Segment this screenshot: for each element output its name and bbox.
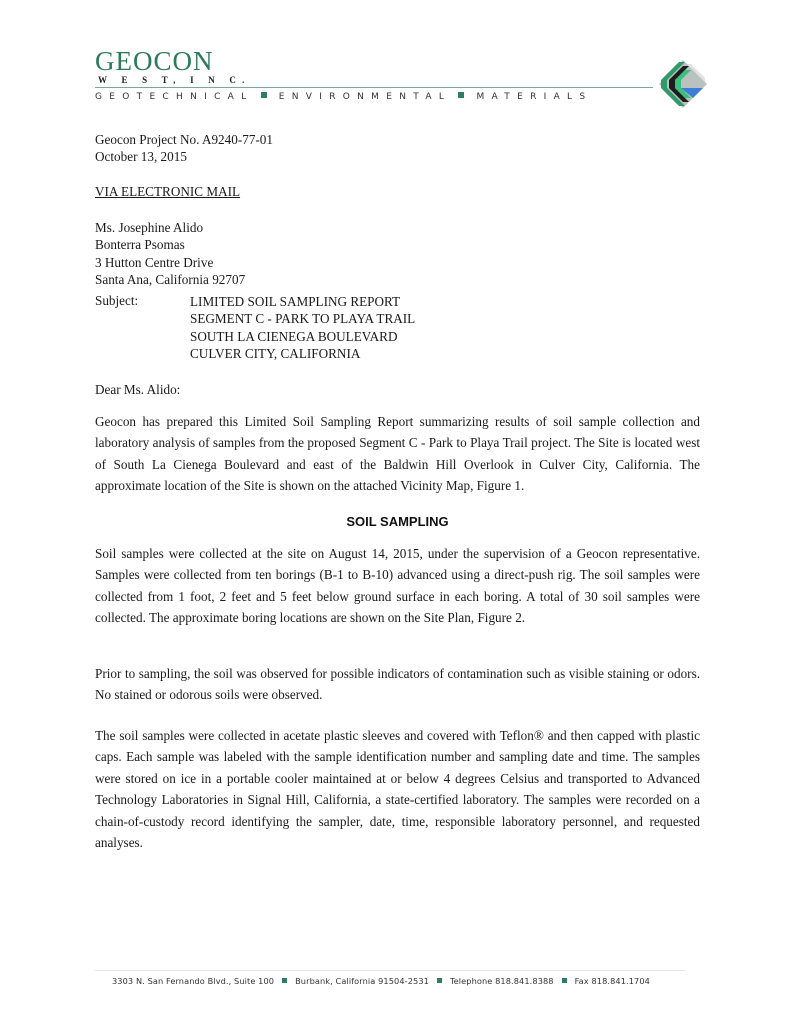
subject-line: CULVER CITY, CALIFORNIA: [190, 345, 415, 362]
letterhead-rule: [95, 87, 653, 88]
footer-separator-icon: [437, 978, 442, 983]
letter-date: October 13, 2015: [95, 148, 273, 165]
recipient-address: Ms. Josephine Alido Bonterra Psomas 3 Hu…: [95, 219, 245, 288]
tagline-separator-icon: [261, 92, 267, 98]
geocon-diamond-logo-icon: [657, 58, 709, 114]
tagline-materials: MATERIALS: [476, 92, 592, 102]
project-info: Geocon Project No. A9240-77-01 October 1…: [95, 131, 273, 166]
subject-line: SEGMENT C - PARK TO PLAYA TRAIL: [190, 310, 415, 327]
body-paragraph: Prior to sampling, the soil was observed…: [95, 663, 700, 706]
tagline-environmental: ENVIRONMENTAL: [279, 92, 451, 102]
tagline-separator-icon: [458, 92, 464, 98]
recipient-city: Santa Ana, California 92707: [95, 271, 245, 288]
footer-city: Burbank, California 91504-2531: [295, 976, 429, 986]
footer-contact: 3303 N. San Fernando Blvd., Suite 100Bur…: [112, 976, 650, 986]
company-name: GEOCON: [95, 48, 214, 75]
body-paragraph: The soil samples were collected in aceta…: [95, 725, 700, 853]
recipient-name: Ms. Josephine Alido: [95, 219, 245, 236]
section-heading: SOIL SAMPLING: [95, 514, 700, 529]
salutation: Dear Ms. Alido:: [95, 381, 180, 398]
company-tagline: GEOTECHNICAL ENVIRONMENTAL MATERIALS: [95, 91, 660, 103]
footer-address: 3303 N. San Fernando Blvd., Suite 100: [112, 976, 274, 986]
subject-lines: LIMITED SOIL SAMPLING REPORT SEGMENT C -…: [190, 293, 415, 362]
body-paragraph: Soil samples were collected at the site …: [95, 543, 700, 629]
subject-line: LIMITED SOIL SAMPLING REPORT: [190, 293, 415, 310]
footer-telephone: Telephone 818.841.8388: [450, 976, 554, 986]
footer-separator-icon: [562, 978, 567, 983]
footer-rule: [95, 970, 685, 971]
recipient-street: 3 Hutton Centre Drive: [95, 254, 245, 271]
letterhead: GEOCON W E S T, I N C. GEOTECHNICAL ENVI…: [95, 48, 715, 128]
intro-paragraph: Geocon has prepared this Limited Soil Sa…: [95, 411, 700, 497]
footer-fax: Fax 818.841.1704: [575, 976, 650, 986]
delivery-method: VIA ELECTRONIC MAIL: [95, 183, 240, 200]
company-subtitle: W E S T, I N C.: [98, 75, 251, 85]
tagline-geotechnical: GEOTECHNICAL: [95, 92, 253, 102]
recipient-company: Bonterra Psomas: [95, 236, 245, 253]
subject-line: SOUTH LA CIENEGA BOULEVARD: [190, 328, 415, 345]
subject-label: Subject:: [95, 293, 138, 309]
project-number: Geocon Project No. A9240-77-01: [95, 131, 273, 148]
footer-separator-icon: [282, 978, 287, 983]
